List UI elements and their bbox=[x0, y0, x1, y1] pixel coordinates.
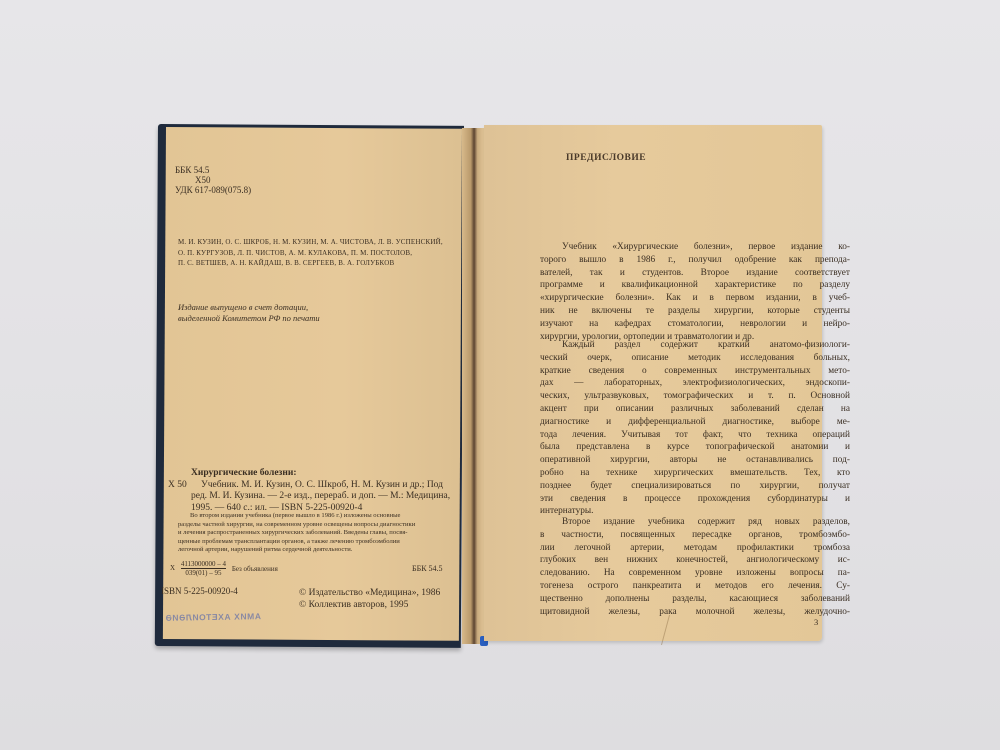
annotation-line: щенные проблемам трансплантации органов,… bbox=[178, 538, 415, 547]
index-prefix: Х bbox=[170, 564, 175, 572]
index-fraction: 4113000000 – 4 039(01) – 95 bbox=[181, 560, 226, 577]
book-spine-gutter bbox=[462, 128, 484, 644]
paragraph-line: лии легочной артерии, методам профилакти… bbox=[540, 542, 850, 555]
author-mark: Х50 bbox=[175, 175, 251, 185]
paragraph-line: диагностике и дифференциальной диагности… bbox=[540, 416, 850, 429]
paragraph-line: тода лечения. Учитывая тот факт, что тех… bbox=[540, 429, 850, 442]
subsidy-line: Издание выпущено в счет дотации, bbox=[178, 302, 320, 313]
index-numerator: 4113000000 – 4 bbox=[181, 560, 226, 569]
paragraph-line: изучают на кафедрах стоматологии, неврол… bbox=[540, 318, 850, 331]
udk-code: УДК 617-089(075.8) bbox=[175, 185, 251, 195]
authors-line: П. С. ВЕТШЕВ, А. Н. КАЙДАШ, В. В. СЕРГЕЕ… bbox=[178, 258, 443, 269]
paragraph-line: Второе издание учебника содержит ряд нов… bbox=[540, 516, 850, 529]
paragraph-line: следованию. На современном уровне изложе… bbox=[540, 567, 850, 580]
book-title: Хирургические болезни: bbox=[168, 468, 450, 480]
subsidy-line: выделенной Комитетом РФ по печати bbox=[178, 313, 320, 324]
paragraph-line: программе и квалификационной характерист… bbox=[540, 279, 850, 292]
authors-line: О. П. КУРГУЗОВ, Л. П. ЧИСТОВ, А. М. КУЛА… bbox=[178, 248, 443, 259]
paragraph-line: робно на технике хирургических вмешатель… bbox=[540, 467, 850, 480]
catalog-line: ред. М. И. Кузина. — 2-е изд., перераб. … bbox=[168, 491, 450, 503]
paragraph-line: глубоких вен нижних конечностей, ангиоло… bbox=[540, 554, 850, 567]
bbk-footer: ББК 54.5 bbox=[412, 563, 443, 574]
paragraph-line: тогенеза острого панкреатита и методов е… bbox=[540, 580, 850, 593]
annotation-line: легочной артерии, нарушений ритма сердеч… bbox=[178, 546, 415, 555]
annotation-line: Во втором издании учебника (первое вышло… bbox=[190, 512, 415, 521]
paragraph-line: щитовидной железы, рака молочной железы,… bbox=[540, 606, 850, 619]
authors-list: М. И. КУЗИН, О. С. ШКРОБ, Н. М. КУЗИН, М… bbox=[178, 237, 443, 269]
catalog-line: Учебник. М. И. Кузин, О. С. Шкроб, Н. М.… bbox=[168, 480, 450, 492]
paragraph-line: щественно дополнены разделы, касающиеся … bbox=[540, 593, 850, 606]
bbk-code: ББК 54.5 bbox=[175, 165, 251, 175]
authors-line: М. И. КУЗИН, О. С. ШКРОБ, Н. М. КУЗИН, М… bbox=[178, 237, 443, 248]
copyright-line: © Коллектив авторов, 1995 bbox=[299, 599, 440, 611]
paragraph-line: Учебник «Хирургические болезни», первое … bbox=[540, 241, 850, 254]
paragraph-line: была представлена в курсе топографическо… bbox=[540, 441, 850, 454]
copyright-notice: © Издательство «Медицина», 1986 © Коллек… bbox=[299, 587, 440, 611]
preface-heading: ПРЕДИСЛОВИЕ bbox=[566, 153, 646, 164]
paragraph-line: вателей, так и студентов. Второе издание… bbox=[540, 267, 850, 280]
paragraph-line: ческих, ультразвуковых, томографических … bbox=[540, 390, 850, 403]
paragraph-line: Каждый раздел содержит краткий анатомо-ф… bbox=[540, 339, 850, 352]
preface-paragraph-1: Учебник «Хирургические болезни», первое … bbox=[540, 241, 850, 343]
paragraph-line: ник не включены те разделы хирургии, кот… bbox=[540, 305, 850, 318]
book-annotation: Во втором издании учебника (первое вышло… bbox=[190, 512, 415, 555]
copyright-line: © Издательство «Медицина», 1986 bbox=[299, 587, 440, 599]
catalog-entry: Хирургические болезни: Х 50 Учебник. М. … bbox=[168, 468, 450, 514]
classification-codes: ББК 54.5 Х50 УДК 617-089(075.8) bbox=[175, 165, 251, 195]
paragraph-line: «хирургические болезни». Как и в первом … bbox=[540, 292, 850, 305]
page-number: 3 bbox=[814, 617, 818, 628]
index-code: Х 4113000000 – 4 039(01) – 95 Без объявл… bbox=[170, 560, 278, 577]
library-stamp: АМИХ АХЕТОИЛӘИӘ bbox=[165, 611, 261, 624]
annotation-line: и лечения распространенных хирургических… bbox=[178, 529, 415, 538]
catalog-code: Х 50 bbox=[168, 480, 187, 492]
paragraph-line: позднее будет специализироваться по хиру… bbox=[540, 480, 850, 493]
paragraph-line: краткие сведения о современных инструмен… bbox=[540, 365, 850, 378]
no-ads-note: Без объявления bbox=[232, 565, 278, 573]
preface-paragraph-2: Каждый раздел содержит краткий анатомо-ф… bbox=[540, 339, 850, 518]
paragraph-line: дах — лабораторных, электрофизиологическ… bbox=[540, 377, 850, 390]
isbn: ISBN 5-225-00920-4 bbox=[161, 586, 238, 597]
paragraph-line: акцент при описании различных заболевани… bbox=[540, 403, 850, 416]
paragraph-line: торого вышло в 1986 г., получил одобрени… bbox=[540, 254, 850, 267]
paragraph-line: ческий очерк, описание методик исследова… bbox=[540, 352, 850, 365]
annotation-line: разделы частной хирургии, на современном… bbox=[178, 521, 415, 530]
paragraph-line: оперативной хирургии, авторы не останавл… bbox=[540, 454, 850, 467]
preface-paragraph-3: Второе издание учебника содержит ряд нов… bbox=[540, 516, 850, 618]
index-denominator: 039(01) – 95 bbox=[181, 569, 226, 577]
paragraph-line: эти сведения в процессе прохождения субо… bbox=[540, 493, 850, 506]
subsidy-note: Издание выпущено в счет дотации, выделен… bbox=[178, 302, 320, 324]
paragraph-line: в частности, посвященных пересадке орган… bbox=[540, 529, 850, 542]
